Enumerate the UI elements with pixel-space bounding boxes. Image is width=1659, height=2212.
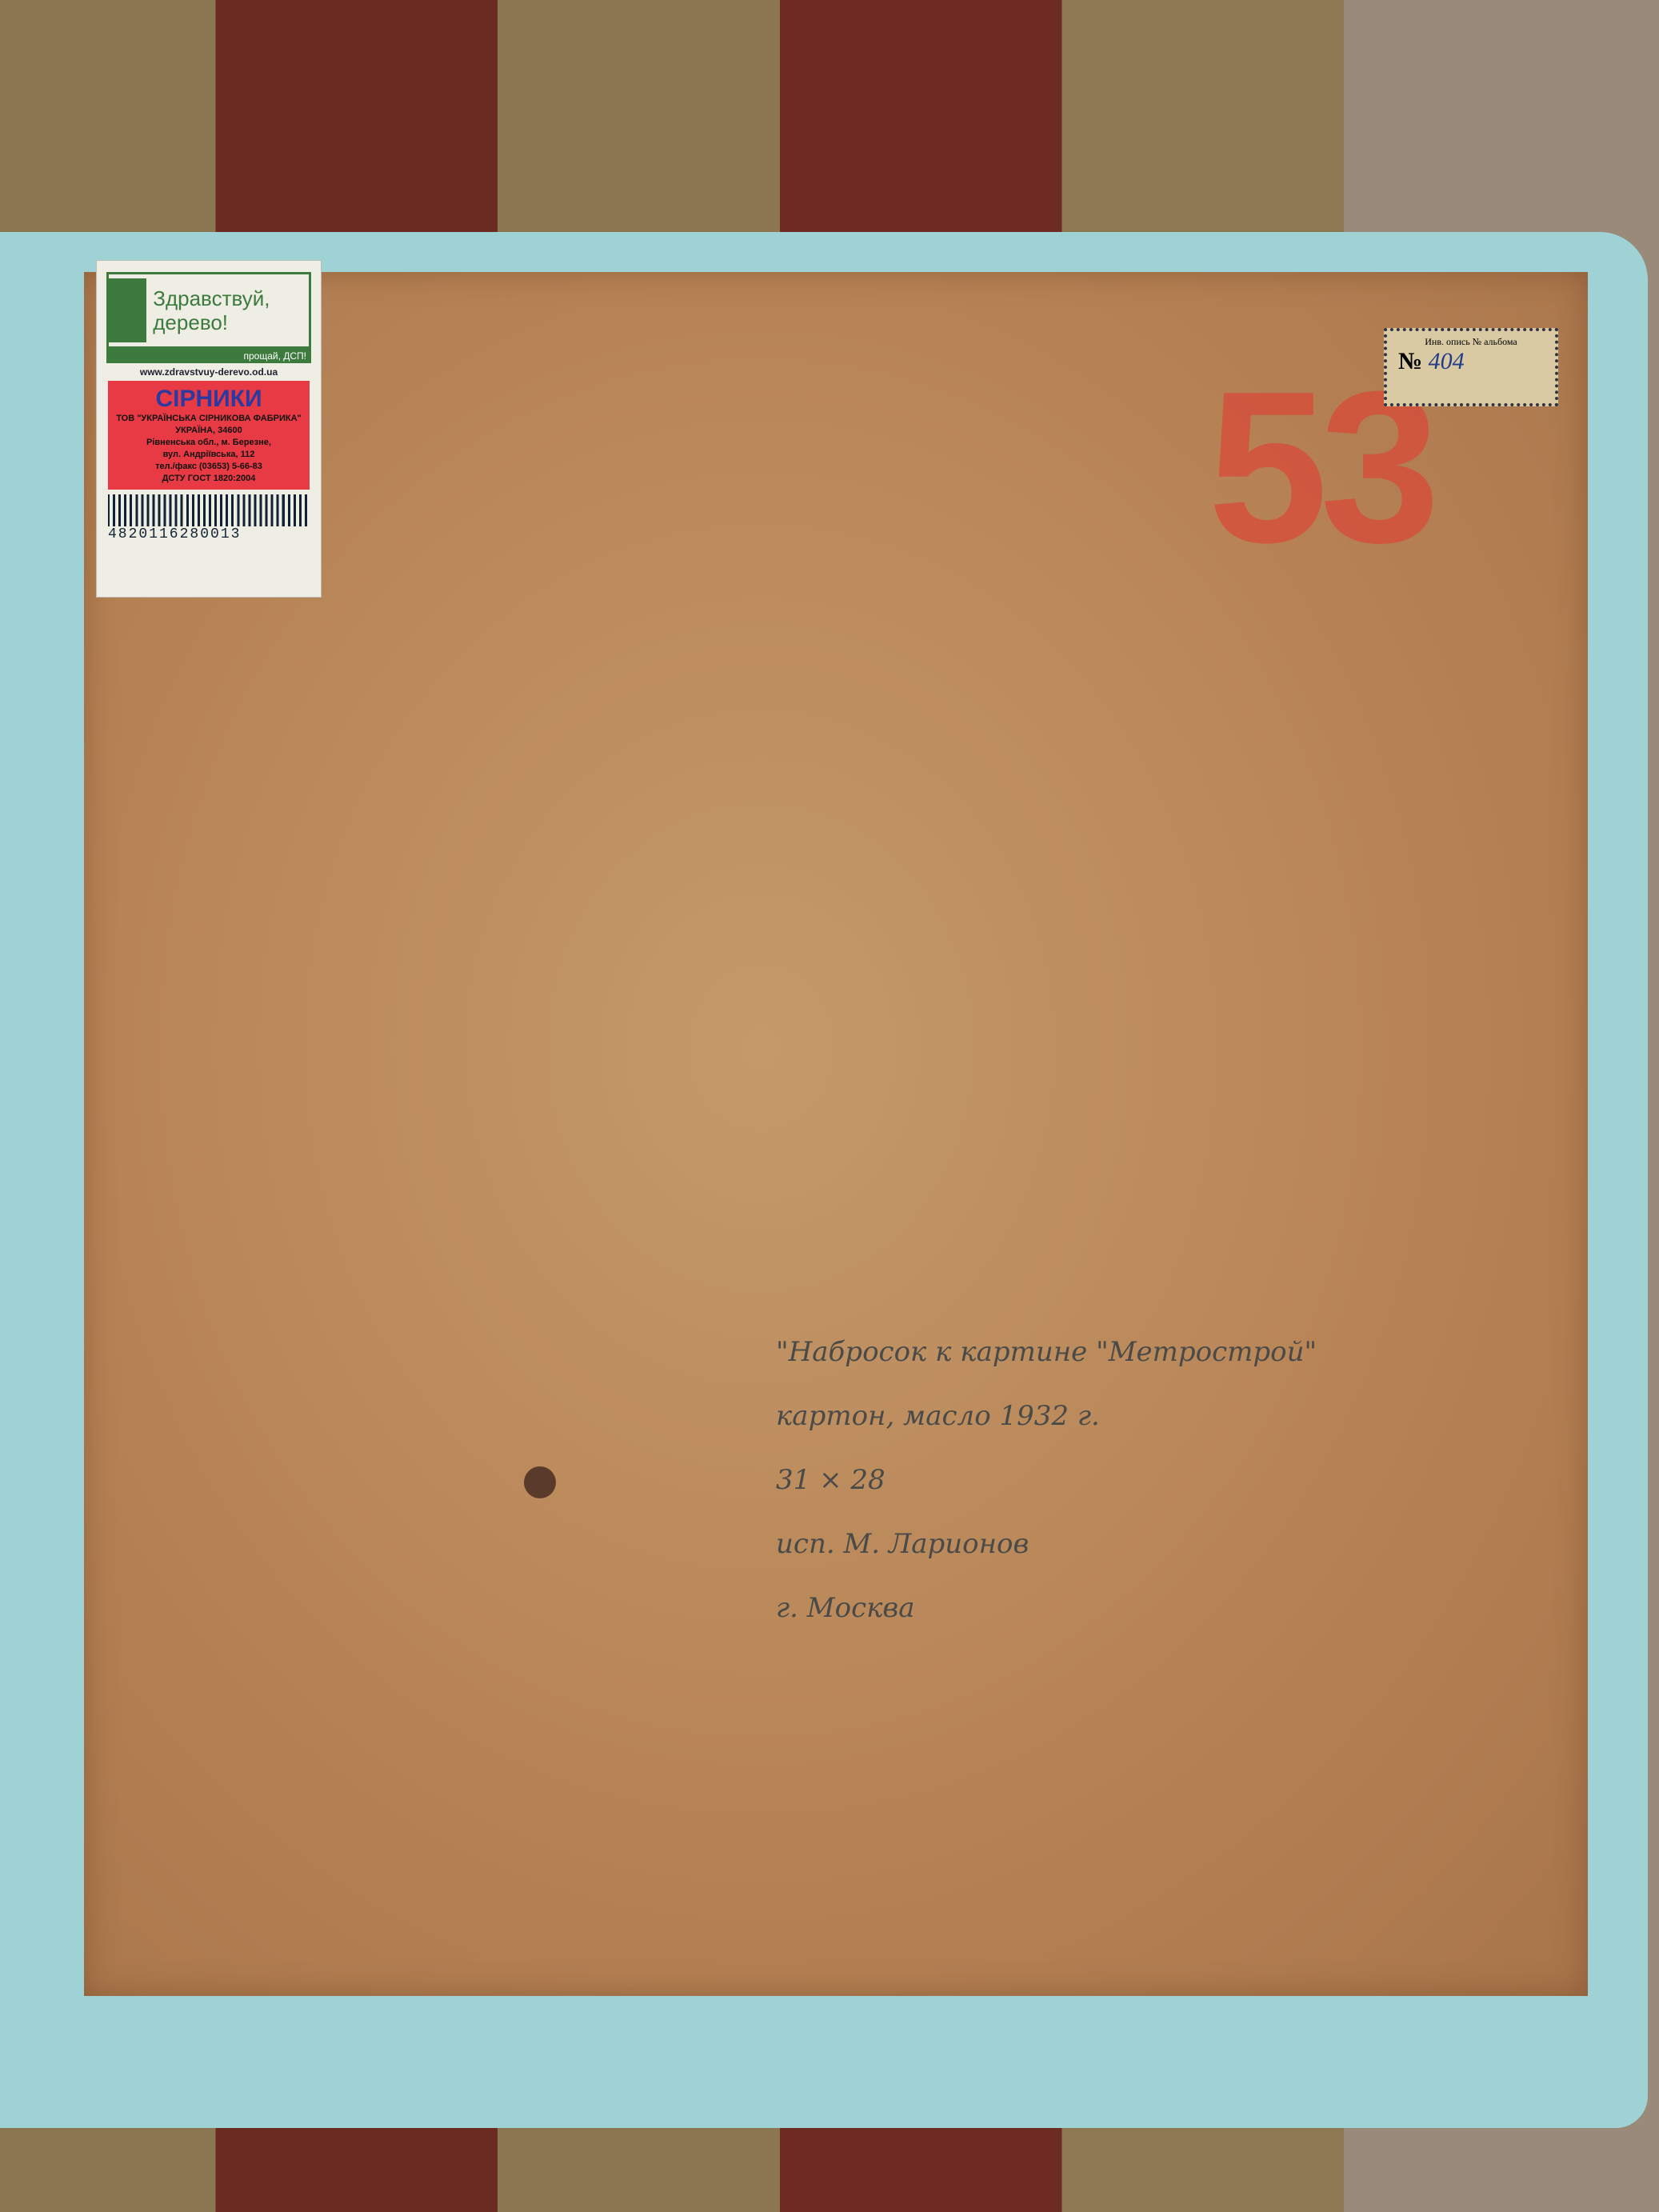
tree-logo-icon (109, 278, 146, 342)
matchbox-line: ТОВ "УКРАЇНСЬКА СІРНИКОВА ФАБРИКА" (113, 413, 305, 425)
inscription-line: картон, масло 1932 г. (776, 1384, 1317, 1448)
barcode: 4820116280013 (108, 494, 310, 542)
inscription-line: 31 × 28 (776, 1448, 1317, 1512)
handwritten-inscription: "Набросок к картине "Метрострой" картон,… (776, 1320, 1317, 1640)
matchbox-line: вул. Андріївська, 112 (113, 449, 305, 461)
inventory-label: Инв. опись № альбома № 404 (1384, 328, 1558, 406)
inscription-line: "Набросок к картине "Метрострой" (776, 1320, 1317, 1384)
inventory-number: 404 (1429, 348, 1465, 374)
matchbox-scale-reference: Здравствуй, дерево! прощай, ДСП! www.zdr… (96, 260, 322, 598)
label-header: Инв. опись № альбома (1387, 336, 1555, 348)
matchbox-label: СІРНИКИ ТОВ "УКРАЇНСЬКА СІРНИКОВА ФАБРИК… (108, 381, 310, 490)
stain-spot (524, 1466, 556, 1498)
number-sign: № (1398, 348, 1422, 374)
matchbox-line: тел./факс (03653) 5-66-83 (113, 461, 305, 473)
matchbox-line: ДСТУ ГОСТ 1820:2004 (113, 473, 305, 485)
inscription-line: г. Москва (776, 1576, 1317, 1640)
matchbox-url: www.zdravstvuy-derevo.od.ua (97, 366, 321, 378)
matchbox-title: СІРНИКИ (113, 386, 305, 413)
matchbox-slogan: прощай, ДСП! (106, 349, 311, 363)
label-number-row: № 404 (1387, 348, 1555, 375)
matchbox-line: УКРАЇНА, 34600 (113, 425, 305, 437)
matchbox-brand: Здравствуй, дерево! (146, 286, 309, 334)
matchbox-line: Рівненська обл., м. Березне, (113, 437, 305, 449)
matchbox-header: Здравствуй, дерево! (106, 272, 311, 349)
inscription-line: исп. М. Ларионов (776, 1512, 1317, 1576)
